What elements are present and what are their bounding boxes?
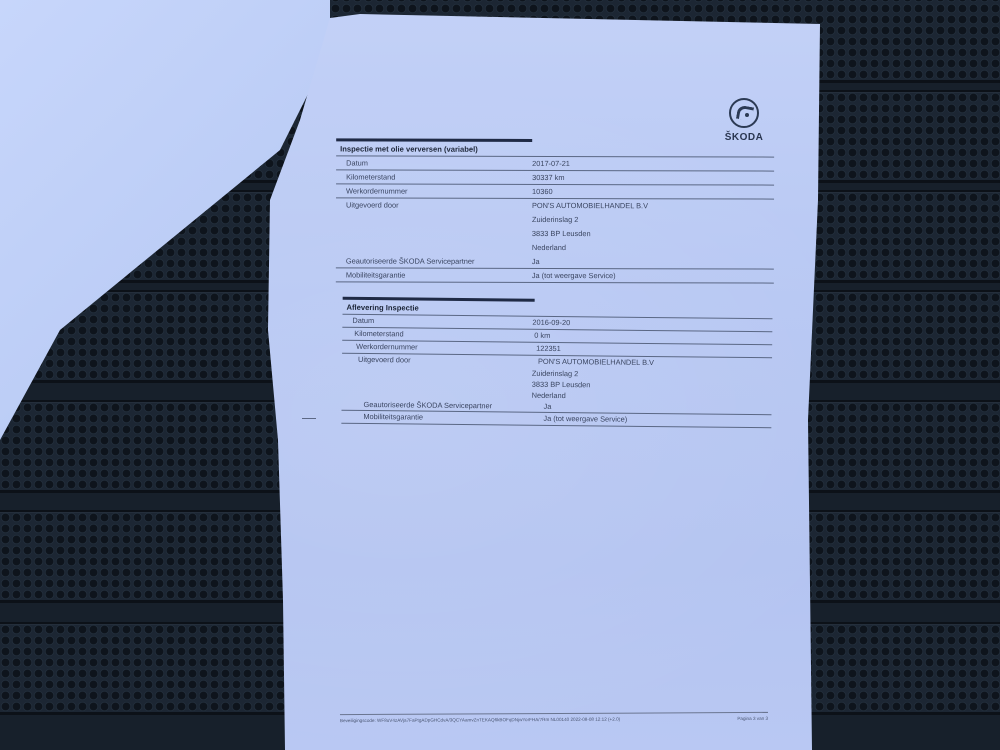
address-city: 3833 BP Leusden [532, 379, 591, 391]
row-label: Kilometerstand [336, 170, 532, 184]
address-line: Nederland [336, 240, 774, 255]
row-label: Mobiliteitsgarantie [341, 411, 543, 425]
row-label: Datum [342, 315, 532, 329]
row-label: Mobiliteitsgarantie [336, 268, 532, 282]
address-country: Nederland [532, 241, 566, 255]
row-value: Ja [532, 255, 540, 268]
row-value: PON'S AUTOMOBIELHANDEL B.V [532, 199, 648, 213]
row-value: 122351 [536, 343, 561, 355]
address-city: 3833 BP Leusden [532, 227, 591, 241]
row-value: 0 km [534, 330, 550, 342]
row-value: 2017-07-21 [532, 157, 570, 170]
skoda-winged-arrow-icon [729, 98, 759, 128]
skoda-logo: ŠKODA [720, 98, 768, 143]
row-value: Ja (tot weergave Service) [543, 413, 627, 426]
row-value: Ja (tot weergave Service) [532, 269, 616, 282]
row-value: 2016-09-20 [532, 317, 570, 329]
section-title: Inspectie met olie verversen (variabel) [336, 141, 774, 156]
table-row: Mobiliteitsgarantie Ja (tot weergave Ser… [336, 267, 774, 283]
section-delivery-inspection: Aflevering Inspectie Datum 2016-09-20 Ki… [341, 297, 772, 428]
address-line: Zuiderinslag 2 [336, 212, 774, 227]
table-row: Datum 2017-07-21 [336, 155, 774, 170]
row-label: Werkordernummer [336, 184, 532, 198]
row-label: Geautoriseerde ŠKODA Servicepartner [341, 399, 543, 412]
row-label: Werkordernummer [342, 341, 536, 355]
row-label: Datum [336, 156, 532, 170]
row-label: Kilometerstand [342, 328, 534, 342]
row-label: Uitgevoerd door [336, 198, 532, 213]
row-value: Ja [543, 401, 551, 412]
table-row: Geautoriseerde ŠKODA Servicepartner Ja [336, 254, 774, 268]
table-row: Uitgevoerd door PON'S AUTOMOBIELHANDEL B… [336, 197, 774, 213]
address-street: Zuiderinslag 2 [532, 368, 579, 379]
table-row: Werkordernummer 10360 [336, 183, 774, 198]
address-street: Zuiderinslag 2 [532, 213, 578, 227]
section-inspection-oil-change: Inspectie met olie verversen (variabel) … [336, 138, 774, 283]
row-value: 30337 km [532, 171, 565, 184]
table-row: Kilometerstand 30337 km [336, 169, 774, 184]
row-value: 10360 [532, 185, 553, 198]
page-number: Pagina 3 van 3 [737, 716, 768, 721]
margin-mark [302, 418, 316, 419]
address-country: Nederland [532, 390, 566, 401]
row-label: Geautoriseerde ŠKODA Servicepartner [336, 254, 532, 268]
address-line: 3833 BP Leusden [336, 226, 774, 241]
